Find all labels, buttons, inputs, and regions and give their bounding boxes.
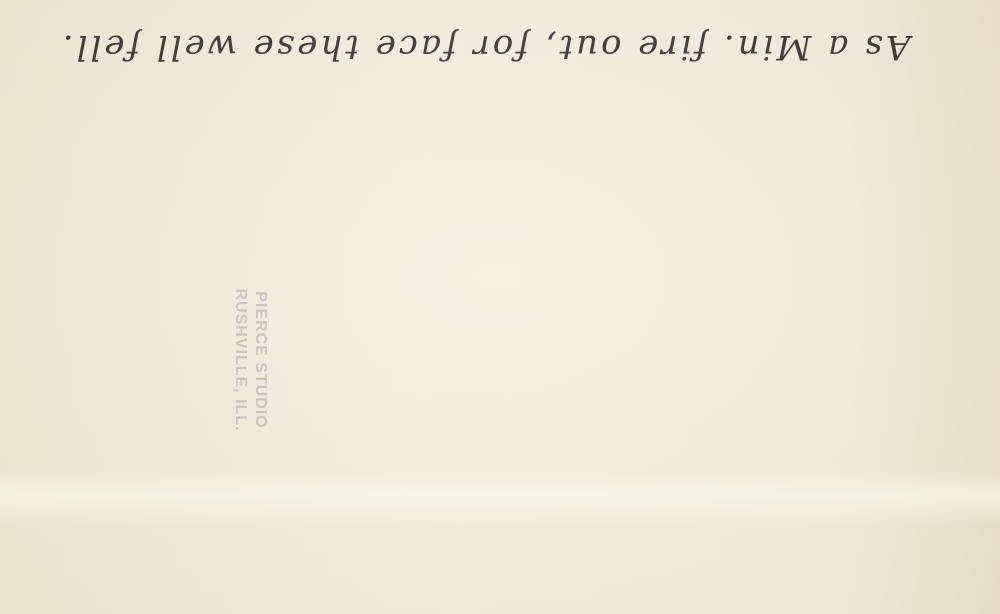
studio-stamp: PIERCE STUDIO RUSHVILLE, ILL.	[205, 280, 295, 440]
stamp-studio-name: PIERCE STUDIO	[250, 280, 270, 440]
handwritten-inscription: As a Min. fire out, for face these well …	[55, 2, 915, 82]
photo-card-back: As a Min. fire out, for face these well …	[0, 0, 1000, 614]
stamp-location: RUSHVILLE, ILL.	[230, 280, 250, 440]
